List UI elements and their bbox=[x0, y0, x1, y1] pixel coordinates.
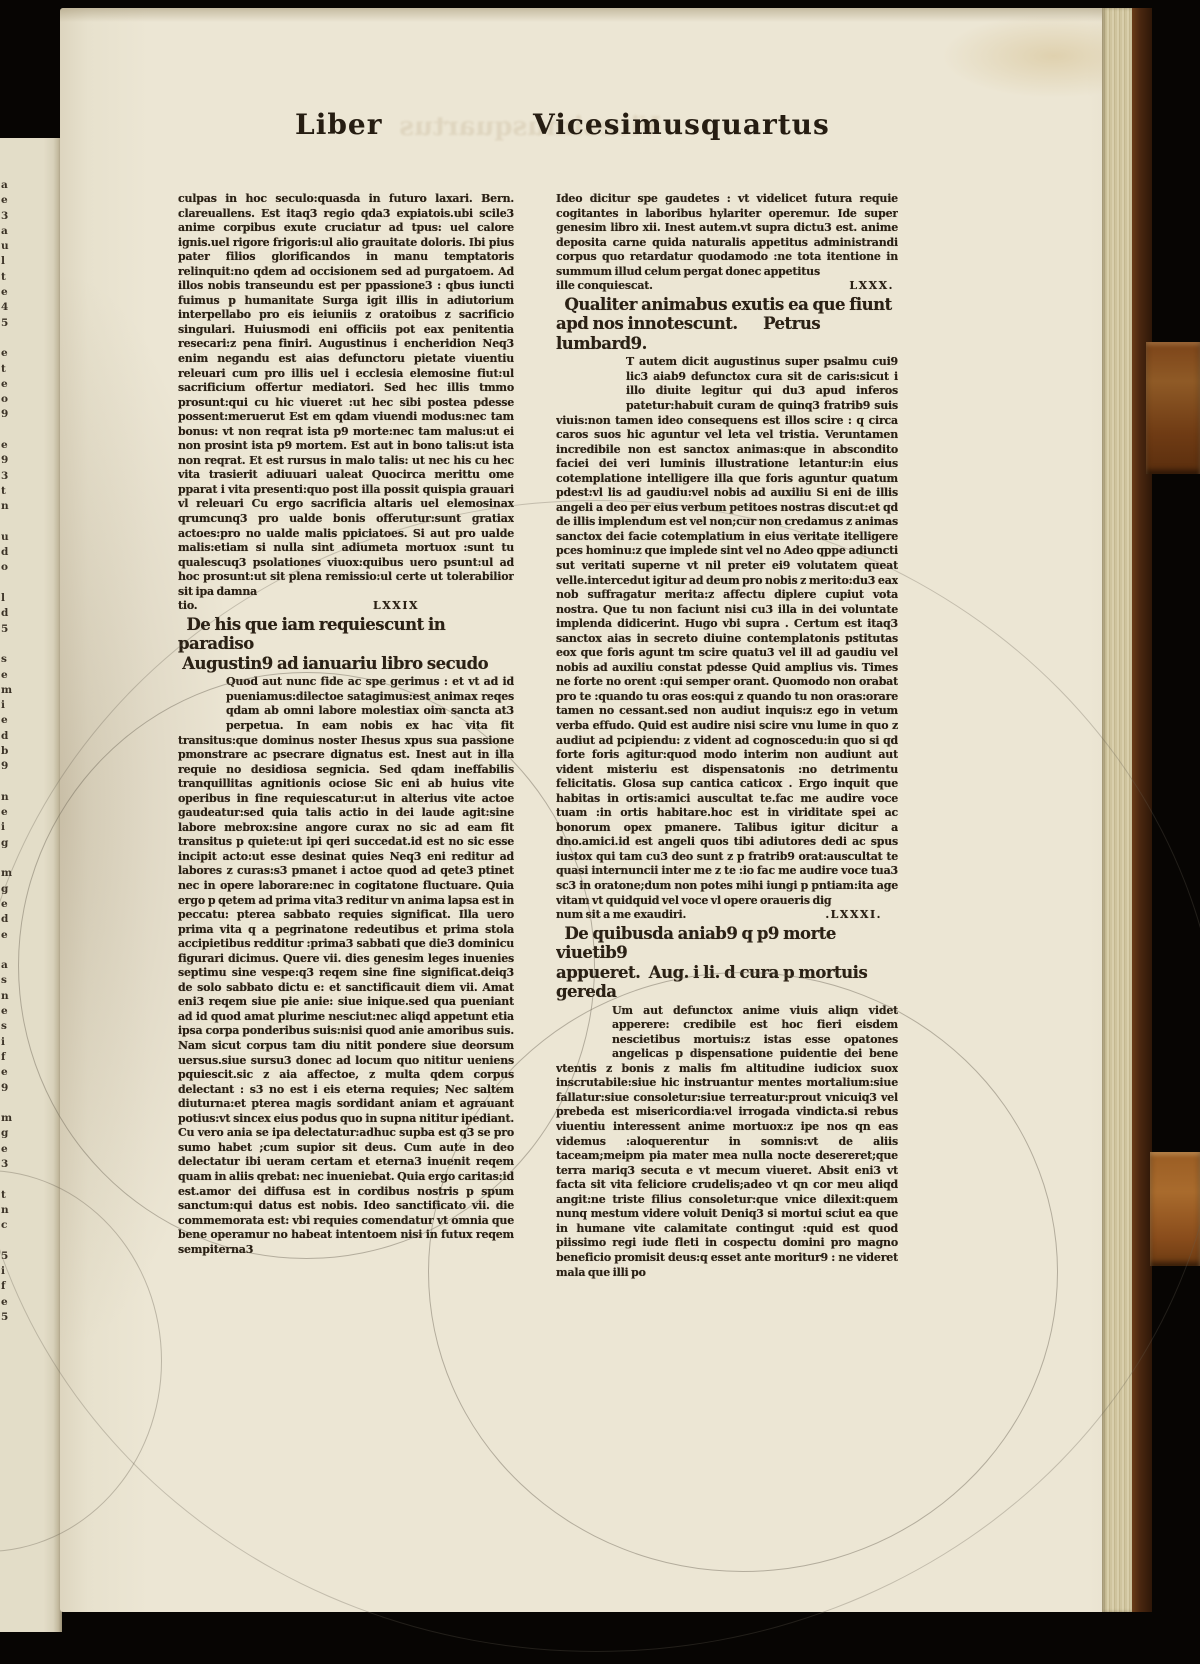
edge-glyph: d bbox=[1, 729, 17, 744]
edge-glyph: 3 bbox=[1, 469, 17, 484]
edge-glyph bbox=[1, 851, 17, 866]
edge-glyph: m bbox=[1, 683, 17, 698]
edge-glyph: e bbox=[1, 668, 17, 683]
edge-glyph: i bbox=[1, 820, 17, 835]
edge-glyph bbox=[1, 576, 17, 591]
body-paragraph: Um aut defunctox anime viuis aliqn videt… bbox=[556, 1004, 898, 1280]
edge-glyph: n bbox=[1, 499, 17, 514]
text-column-right: Ideo dicitur spe gaudetes : vt videlicet… bbox=[556, 192, 898, 1338]
edge-glyph: u bbox=[1, 239, 17, 254]
edge-glyph: e bbox=[1, 928, 17, 943]
edge-glyph bbox=[1, 943, 17, 958]
edge-glyph: n bbox=[1, 1203, 17, 1218]
edge-glyph: d bbox=[1, 912, 17, 927]
running-header-book-title: Liber bbox=[295, 108, 382, 141]
edge-glyph: d bbox=[1, 545, 17, 560]
running-header-chapter-title: Vicesimusquartus bbox=[533, 108, 830, 141]
edge-glyph: t bbox=[1, 362, 17, 377]
edge-glyph: 5 bbox=[1, 1310, 17, 1325]
edge-glyph: e bbox=[1, 713, 17, 728]
edge-glyph: e bbox=[1, 438, 17, 453]
chapter-heading-line: appueret. Aug. i li. d cura p mortuis ge… bbox=[556, 963, 898, 1002]
chapter-heading: De his que iam requiescunt in paradiso A… bbox=[178, 615, 514, 674]
edge-glyph bbox=[1, 515, 17, 530]
edge-glyph bbox=[1, 1172, 17, 1187]
edge-glyph: s bbox=[1, 973, 17, 988]
edge-glyph: o bbox=[1, 560, 17, 575]
edge-glyph: e bbox=[1, 346, 17, 361]
section-roman-numeral: LXXX. bbox=[849, 279, 898, 294]
edge-glyph: 5 bbox=[1, 316, 17, 331]
edge-glyph: i bbox=[1, 1264, 17, 1279]
edge-glyph: s bbox=[1, 1019, 17, 1034]
edge-glyph: e bbox=[1, 1295, 17, 1310]
edge-glyph bbox=[1, 1096, 17, 1111]
edge-glyph: e bbox=[1, 193, 17, 208]
missing-initial-space bbox=[178, 675, 226, 719]
edge-glyph: 9 bbox=[1, 407, 17, 422]
edge-glyph: t bbox=[1, 1188, 17, 1203]
edge-glyph: n bbox=[1, 989, 17, 1004]
section-number-line: num sit a me exaudiri..LXXXI. bbox=[556, 908, 898, 923]
chapter-heading: De quibusda aniab9 q p9 morte viuetib9ap… bbox=[556, 924, 898, 1002]
section-line-text: ille conquiescat. bbox=[556, 279, 653, 294]
fore-edge-pages bbox=[1102, 8, 1132, 1612]
edge-glyph: a bbox=[1, 958, 17, 973]
edge-glyph bbox=[1, 1233, 17, 1248]
edge-glyph: t bbox=[1, 270, 17, 285]
edge-glyph: 3 bbox=[1, 1157, 17, 1172]
edge-glyph: 4 bbox=[1, 300, 17, 315]
body-paragraph: culpas in hoc seculo:quasda in futuro la… bbox=[178, 192, 514, 599]
book-page: Vicesimusquartus Liber Vicesimusquartus … bbox=[60, 8, 1152, 1612]
section-roman-numeral: LXXIX bbox=[373, 599, 514, 614]
section-line-text: num sit a me exaudiri. bbox=[556, 908, 686, 923]
chapter-heading-line: De his que iam requiescunt in paradiso bbox=[178, 615, 514, 654]
edge-glyph: i bbox=[1, 698, 17, 713]
chapter-heading-line: Augustin9 ad ianuariu libro secudo bbox=[178, 654, 514, 674]
edge-glyph: s bbox=[1, 652, 17, 667]
facing-page-text-edge: ae3aulte45eteo9e93tnudold5semiedb9neigmg… bbox=[1, 178, 17, 1325]
edge-glyph: e bbox=[1, 1004, 17, 1019]
section-roman-numeral: .LXXXI. bbox=[825, 908, 898, 923]
chapter-heading: Qualiter animabus exutis ea que fiuntapd… bbox=[556, 295, 898, 354]
edge-glyph: 9 bbox=[1, 1081, 17, 1096]
book-photo: ae3aulte45eteo9e93tnudold5semiedb9neigmg… bbox=[0, 0, 1200, 1664]
running-header: Vicesimusquartus Liber Vicesimusquartus bbox=[60, 108, 1152, 154]
edge-glyph: g bbox=[1, 882, 17, 897]
edge-glyph: g bbox=[1, 1126, 17, 1141]
edge-glyph: e bbox=[1, 285, 17, 300]
leather-strap-bottom bbox=[1150, 1152, 1200, 1266]
edge-glyph: a bbox=[1, 178, 17, 193]
edge-glyph: f bbox=[1, 1279, 17, 1294]
edge-glyph bbox=[1, 331, 17, 346]
edge-glyph: l bbox=[1, 591, 17, 606]
edge-glyph: a bbox=[1, 224, 17, 239]
missing-initial-space bbox=[556, 355, 626, 399]
edge-glyph: d bbox=[1, 606, 17, 621]
edge-glyph: 9 bbox=[1, 453, 17, 468]
edge-glyph: e bbox=[1, 897, 17, 912]
missing-initial-space bbox=[556, 1004, 612, 1048]
edge-glyph: e bbox=[1, 1065, 17, 1080]
edge-glyph: m bbox=[1, 866, 17, 881]
edge-glyph: 9 bbox=[1, 759, 17, 774]
edge-glyph: l bbox=[1, 254, 17, 269]
section-number-line: ille conquiescat.LXXX. bbox=[556, 279, 898, 294]
edge-glyph: m bbox=[1, 1111, 17, 1126]
edge-glyph: b bbox=[1, 744, 17, 759]
edge-glyph: n bbox=[1, 790, 17, 805]
edge-glyph bbox=[1, 423, 17, 438]
edge-glyph: g bbox=[1, 836, 17, 851]
body-paragraph: Quod aut nunc fide ac spe gerimus : et v… bbox=[178, 675, 514, 1257]
chapter-heading-line: De quibusda aniab9 q p9 morte viuetib9 bbox=[556, 924, 898, 963]
edge-glyph: u bbox=[1, 530, 17, 545]
body-paragraph: T autem dicit augustinus super psalmu cu… bbox=[556, 355, 898, 908]
edge-glyph: 5 bbox=[1, 1249, 17, 1264]
back-cover-edge bbox=[1132, 8, 1152, 1612]
edge-glyph: e bbox=[1, 1142, 17, 1157]
text-column-left: culpas in hoc seculo:quasda in futuro la… bbox=[178, 192, 514, 1338]
body-paragraph: Ideo dicitur spe gaudetes : vt videlicet… bbox=[556, 192, 898, 279]
edge-glyph: e bbox=[1, 377, 17, 392]
edge-glyph: e bbox=[1, 805, 17, 820]
edge-glyph bbox=[1, 775, 17, 790]
page-top-edge-shadow bbox=[60, 8, 1152, 22]
edge-glyph: 5 bbox=[1, 622, 17, 637]
section-line-text: tio. bbox=[178, 599, 197, 614]
edge-glyph: o bbox=[1, 392, 17, 407]
edge-glyph: f bbox=[1, 1050, 17, 1065]
chapter-heading-line: apd nos innotescunt. Petrus lumbard9. bbox=[556, 314, 898, 353]
edge-glyph: i bbox=[1, 1035, 17, 1050]
facing-page-sliver: ae3aulte45eteo9e93tnudold5semiedb9neigmg… bbox=[0, 138, 62, 1632]
edge-glyph: t bbox=[1, 484, 17, 499]
edge-glyph: 3 bbox=[1, 209, 17, 224]
edge-glyph bbox=[1, 637, 17, 652]
section-number-line: tio.LXXIX bbox=[178, 599, 514, 614]
chapter-heading-line: Qualiter animabus exutis ea que fiunt bbox=[556, 295, 898, 315]
leather-strap-top bbox=[1146, 342, 1200, 474]
edge-glyph: c bbox=[1, 1218, 17, 1233]
